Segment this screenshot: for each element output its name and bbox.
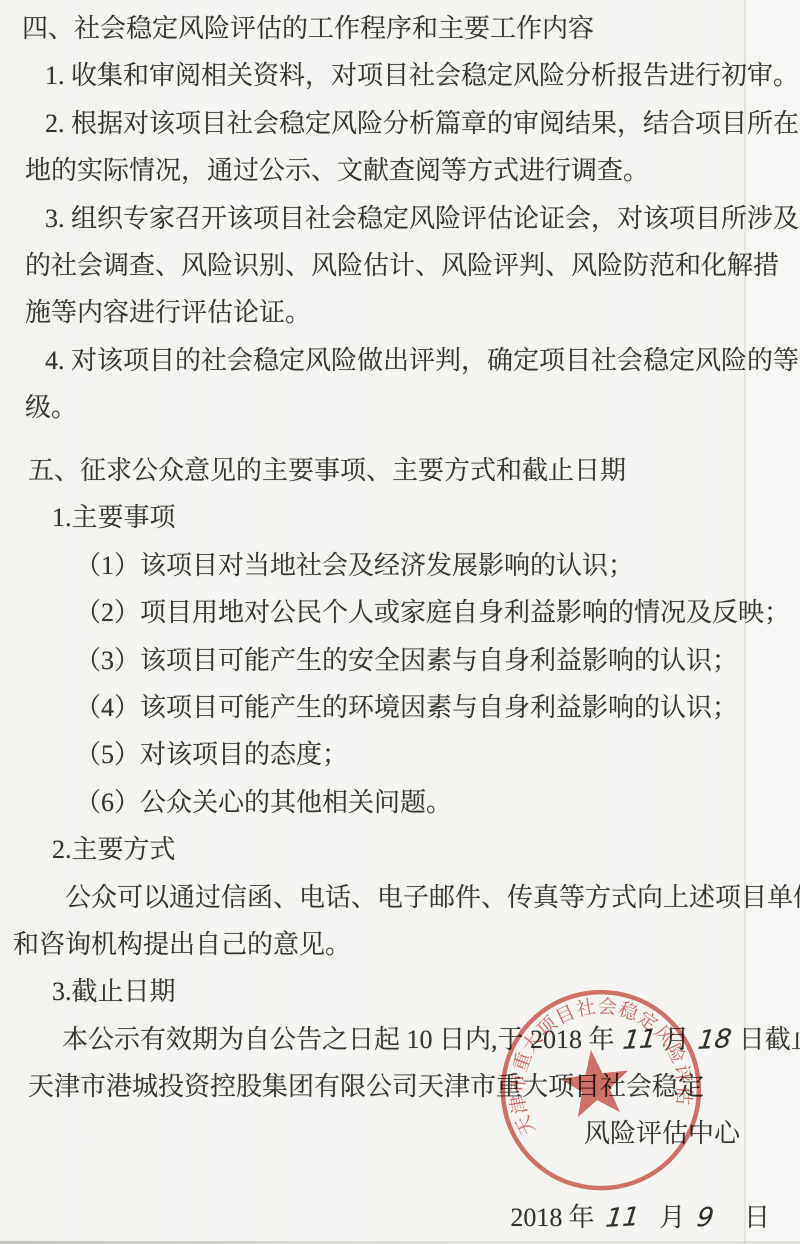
s5-sub2-line-2: 和咨询机构提出自己的意见。 — [0, 921, 800, 968]
s5-sub3-title: 3.截止日期 — [0, 968, 800, 1015]
deadline-prefix: 本公示有效期为自公告之日起 10 日内,于 2018 年 — [62, 1025, 615, 1054]
section-4-heading: 四、社会稳定风险评估的工作程序和主要工作内容 — [0, 5, 800, 52]
s4-item-2-line-2: 地的实际情况，通过公示、文献查阅等方式进行调查。 — [0, 147, 800, 194]
s5-sub1-item-1: （1）该项目对当地社会及经济发展影响的认识； — [0, 542, 800, 589]
s5-sub1-item-5: （5）对该项目的态度； — [0, 731, 800, 778]
s5-sub1-item-6: （6）公众关心的其他相关问题。 — [0, 779, 800, 826]
signature-line-1: 天津市港城投资控股集团有限公司天津市重大项目社会稳定 — [0, 1063, 800, 1110]
signature-line-2: 风险评估中心 — [0, 1110, 800, 1157]
s5-sub1-item-2: （2）项目用地对公民个人或家庭自身利益影响的情况及反映； — [0, 589, 800, 636]
deadline-month-label: 月 — [664, 1025, 690, 1054]
document-date-line: 2018年11月9日 — [0, 1194, 770, 1241]
s4-item-4-line-1: 4. 对该项目的社会稳定风险做出评判，确定项目社会稳定风险的等 — [0, 337, 800, 384]
date-month-label: 月 — [659, 1203, 685, 1232]
scan-fold-line — [744, 0, 746, 1244]
section-5: 五、征求公众意见的主要事项、主要方式和截止日期 1.主要事项 （1）该项目对当地… — [0, 447, 800, 1158]
document-page: 四、社会稳定风险评估的工作程序和主要工作内容 1. 收集和审阅相关资料，对项目社… — [0, 0, 800, 1244]
s4-item-3-line-3: 施等内容进行评估论证。 — [0, 289, 800, 336]
s4-item-3-line-2: 的社会调查、风险识别、风险估计、风险评判、风险防范和化解措 — [0, 242, 800, 289]
date-year: 2018 — [510, 1203, 562, 1232]
date-year-label: 年 — [568, 1203, 594, 1232]
section-5-heading: 五、征求公众意见的主要事项、主要方式和截止日期 — [0, 447, 800, 494]
deadline-day-handwritten: 18 — [695, 1016, 734, 1065]
s5-sub1-item-3: （3）该项目可能产生的安全因素与自身利益影响的认识； — [0, 637, 800, 684]
s5-sub2-line-1: 公众可以通过信函、电话、电子邮件、传真等方式向上述项目单位 — [0, 874, 800, 921]
s4-item-4-line-2: 级。 — [0, 384, 800, 431]
s5-deadline-line: 本公示有效期为自公告之日起 10 日内,于 2018 年11月18日截止。 — [0, 1016, 800, 1063]
date-day-handwritten: 9 — [694, 1195, 717, 1243]
date-line-text: 2018年11月9日 — [510, 1194, 770, 1241]
date-month-handwritten: 11 — [603, 1194, 642, 1243]
s5-sub2-title: 2.主要方式 — [0, 826, 800, 873]
s5-sub1-title: 1.主要事项 — [0, 494, 800, 541]
section-4: 四、社会稳定风险评估的工作程序和主要工作内容 1. 收集和审阅相关资料，对项目社… — [0, 5, 800, 432]
date-day-label: 日 — [744, 1203, 770, 1232]
s4-item-2-line-1: 2. 根据对该项目社会稳定风险分析篇章的审阅结果，结合项目所在 — [0, 100, 800, 147]
s5-sub1-item-4: （4）该项目可能产生的环境因素与自身利益影响的认识； — [0, 684, 800, 731]
deadline-month-handwritten: 11 — [619, 1016, 658, 1065]
s4-item-1-line-1: 1. 收集和审阅相关资料，对项目社会稳定风险分析报告进行初审。 — [0, 52, 800, 99]
deadline-suffix: 日截止。 — [739, 1025, 800, 1054]
s4-item-3-line-1: 3. 组织专家召开该项目社会稳定风险评估论证会，对该项目所涉及 — [0, 195, 800, 242]
